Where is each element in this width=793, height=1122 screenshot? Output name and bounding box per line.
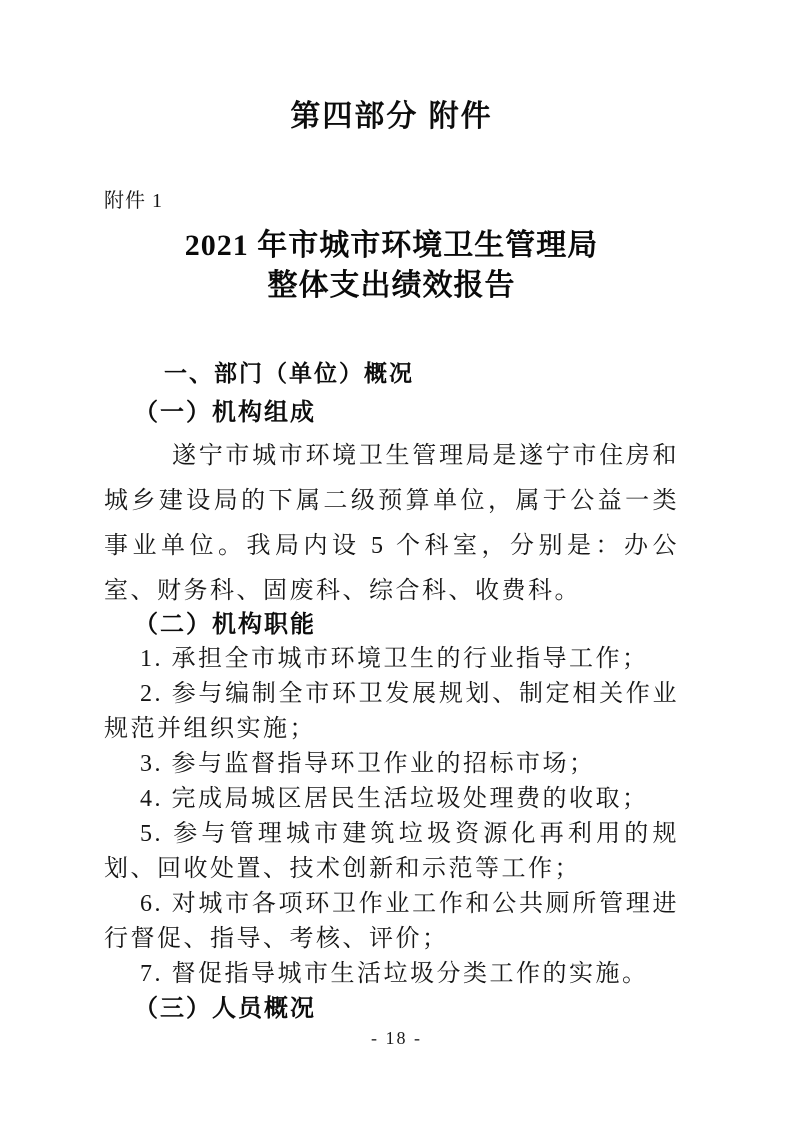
organization-paragraph: 遂宁市城市环境卫生管理局是遂宁市住房和城乡建设局的下属二级预算单位，属于公益一类… xyxy=(104,434,679,614)
section-heading-overview: 一、部门（单位）概况 xyxy=(104,358,679,388)
page-number: - 18 - xyxy=(0,1028,793,1049)
subsection-heading-personnel: （三）人员概况 xyxy=(104,994,679,1024)
subsection-heading-functions: （二）机构职能 xyxy=(104,610,679,640)
duties-list: 1. 承担全市城市环境卫生的行业指导工作； 2. 参与编制全市环卫发展规划、制定… xyxy=(104,642,679,992)
duty-item-6: 6. 对城市各项环卫作业工作和公共厕所管理进行督促、指导、考核、评价； xyxy=(104,887,679,957)
duty-item-2: 2. 参与编制全市环卫发展规划、制定相关作业规范并组织实施； xyxy=(104,677,679,747)
report-title-line-2: 整体支出绩效报告 xyxy=(104,266,679,306)
report-title-line-1: 2021 年市城市环境卫生管理局 xyxy=(104,226,679,266)
duty-item-4: 4. 完成局城区居民生活垃圾处理费的收取； xyxy=(104,782,679,817)
duty-item-7: 7. 督促指导城市生活垃圾分类工作的实施。 xyxy=(104,957,679,992)
part-heading: 第四部分 附件 xyxy=(104,0,679,136)
report-title: 2021 年市城市环境卫生管理局 整体支出绩效报告 xyxy=(104,226,679,306)
attachment-label: 附件 1 xyxy=(104,188,679,214)
document-page: 第四部分 附件 附件 1 2021 年市城市环境卫生管理局 整体支出绩效报告 一… xyxy=(0,0,793,1122)
duty-item-1: 1. 承担全市城市环境卫生的行业指导工作； xyxy=(104,642,679,677)
duty-item-5: 5. 参与管理城市建筑垃圾资源化再利用的规划、回收处置、技术创新和示范等工作； xyxy=(104,817,679,887)
subsection-heading-organization: （一）机构组成 xyxy=(104,398,679,428)
duty-item-3: 3. 参与监督指导环卫作业的招标市场； xyxy=(104,747,679,782)
